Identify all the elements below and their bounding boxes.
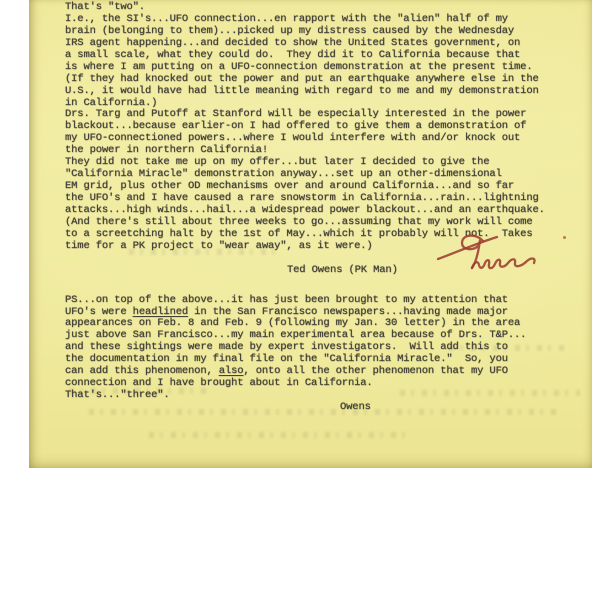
letter-line: (If they had knocked out the power and p… [65,74,587,86]
letter-line: a small scale, what they could do. They … [65,50,587,62]
text-segment: can add this phenomenon, [65,365,219,377]
closing-name-line: Owens [65,402,587,414]
letter-line: IRS agent happening...and decided to sho… [65,38,587,50]
underlined-text: headlined [133,306,188,318]
signature-ink-strokes [435,231,575,283]
bleed-through-mark [149,432,409,438]
ps-line: That's..."three". [65,390,587,402]
letter-line: U.S., it would have had little meaning w… [65,86,587,98]
letter-paper: That's "two". I.e., the SI's...UFO conne… [29,0,592,468]
text-segment: , onto all the other phenomenon that my … [243,365,508,377]
letter-body: That's "two". I.e., the SI's...UFO conne… [65,2,587,414]
red-ink-fleck [563,236,566,239]
scanned-letter-page: That's "two". I.e., the SI's...UFO conne… [0,0,600,600]
text-segment: in the San Francisco newspapers...having… [188,306,508,318]
text-segment: UFO's were [65,306,133,318]
handwritten-signature [435,231,575,283]
underlined-text: also [219,365,244,377]
letter-line: is where I am putting on a UFO-connectio… [65,62,587,74]
